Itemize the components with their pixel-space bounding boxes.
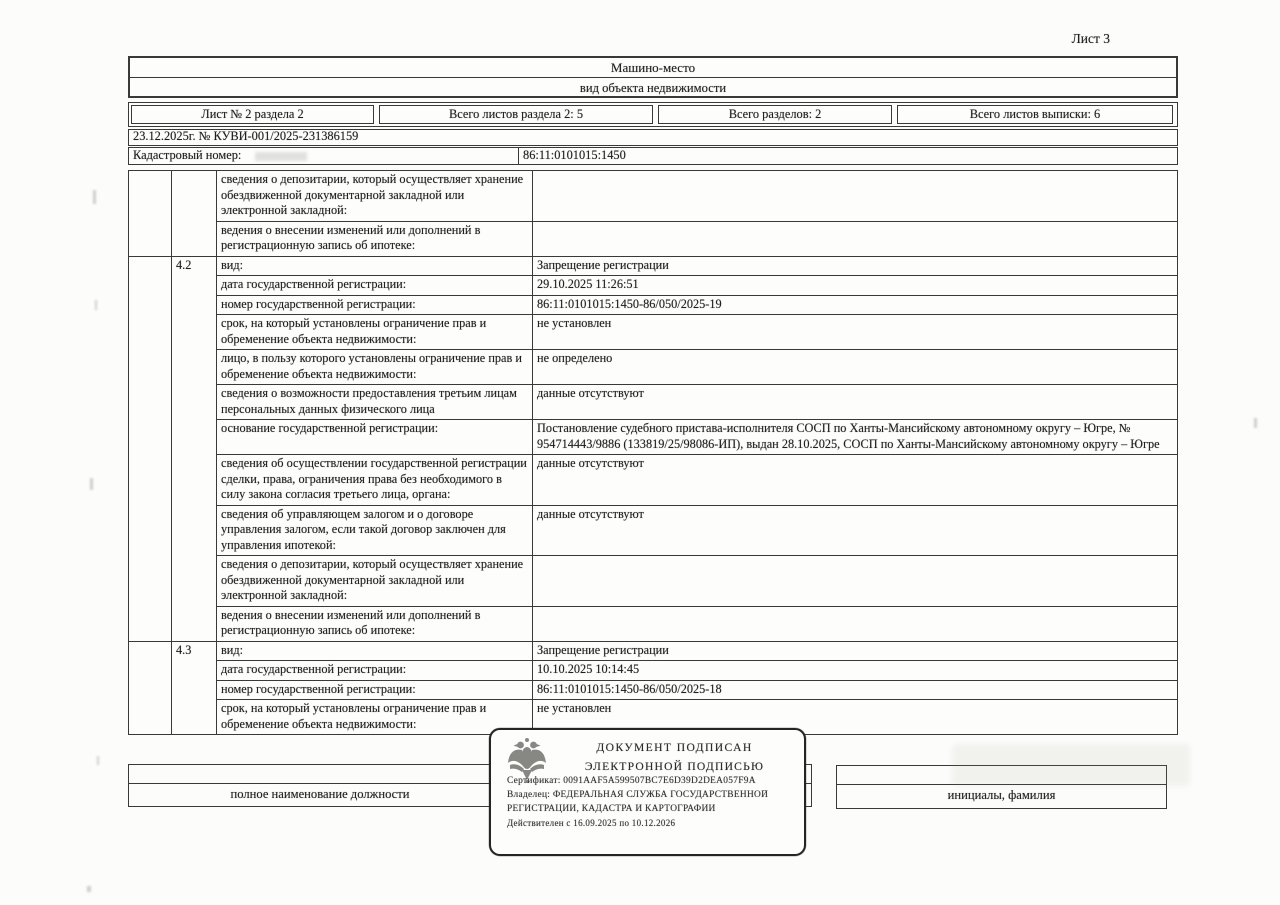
table-row: дата государственной регистрации:29.10.2…: [129, 276, 1178, 296]
scan-noise-speck: [97, 756, 99, 765]
field-label: лицо, в пользу которого установлены огра…: [217, 350, 533, 385]
cadastral-number-value: 86:11:0101015:1450: [519, 148, 1177, 164]
sheet-number-label: Лист 3: [950, 31, 1110, 47]
table-row: срок, на который установлены ограничение…: [129, 315, 1178, 350]
field-value: данные отсутствуют: [533, 385, 1178, 420]
extract-sheets-total-cell: Всего листов выписки: 6: [897, 105, 1173, 124]
table-row: 4.3вид:Запрещение регистрации: [129, 641, 1178, 661]
date-request-number-row: 23.12.2025г. № КУВИ-001/2025-231386159: [128, 129, 1178, 146]
sheet-info-strip: Лист № 2 раздела 2 Всего листов раздела …: [128, 102, 1178, 127]
field-label: сведения о возможности предоставления тр…: [217, 385, 533, 420]
field-value: 29.10.2025 11:26:51: [533, 276, 1178, 296]
field-label: сведения о депозитарии, который осуществ…: [217, 171, 533, 222]
scan-noise-speck: [93, 190, 96, 204]
field-value: [533, 556, 1178, 607]
section-sheets-total-cell: Всего листов раздела 2: 5: [379, 105, 653, 124]
field-label: срок, на который установлены ограничение…: [217, 700, 533, 735]
field-label: вид:: [217, 641, 533, 661]
table-row: сведения о депозитарии, который осуществ…: [129, 171, 1178, 222]
section-sheet-cell: Лист № 2 раздела 2: [131, 105, 374, 124]
object-type-caption: вид объекта недвижимости: [130, 78, 1176, 98]
field-value: Запрещение регистрации: [533, 641, 1178, 661]
table-row: 4.2вид:Запрещение регистрации: [129, 256, 1178, 276]
object-type-value: Машино-место: [130, 58, 1176, 78]
field-value: данные отсутствуют: [533, 505, 1178, 556]
row-group-margin-cell: [129, 256, 172, 641]
field-label: дата государственной регистрации:: [217, 276, 533, 296]
field-value: не определено: [533, 350, 1178, 385]
field-value: данные отсутствуют: [533, 455, 1178, 506]
document-page: Лист 3 Машино-место вид объекта недвижим…: [0, 0, 1280, 905]
stamp-owner-line1: Владелец: ФЕДЕРАЛЬНАЯ СЛУЖБА ГОСУДАРСТВЕ…: [507, 790, 798, 800]
row-group-number: [172, 171, 217, 257]
cadastral-label-text: Кадастровый номер:: [133, 148, 241, 162]
sections-total-cell: Всего разделов: 2: [658, 105, 892, 124]
field-value: [533, 606, 1178, 641]
table-row: дата государственной регистрации:10.10.2…: [129, 661, 1178, 681]
scan-noise-speck: [1254, 418, 1257, 428]
redacted-smudge: [255, 152, 307, 161]
row-group-margin-cell: [129, 641, 172, 735]
table-row: лицо, в пользу которого установлены огра…: [129, 350, 1178, 385]
table-row: номер государственной регистрации:86:11:…: [129, 680, 1178, 700]
field-value: 86:11:0101015:1450-86/050/2025-19: [533, 295, 1178, 315]
table-row: номер государственной регистрации:86:11:…: [129, 295, 1178, 315]
digital-signature-stamp: ДОКУМЕНТ ПОДПИСАН ЭЛЕКТРОННОЙ ПОДПИСЬЮ С…: [489, 728, 806, 856]
cadastral-number-row: Кадастровый номер: 86:11:0101015:1450: [128, 147, 1178, 165]
row-group-number: 4.2: [172, 256, 217, 641]
table-row: основание государственной регистрации:По…: [129, 420, 1178, 455]
field-label: номер государственной регистрации:: [217, 680, 533, 700]
field-label: дата государственной регистрации:: [217, 661, 533, 681]
stamp-owner-line2: РЕГИСТРАЦИИ, КАДАСТРА И КАРТОГРАФИИ: [507, 804, 798, 814]
field-label: вид:: [217, 256, 533, 276]
field-label: ведения о внесении изменений или дополне…: [217, 606, 533, 641]
field-label: сведения об управляющем залогом и о дого…: [217, 505, 533, 556]
table-row: сведения об управляющем залогом и о дого…: [129, 505, 1178, 556]
row-group-number: 4.3: [172, 641, 217, 735]
stamp-title-line1: ДОКУМЕНТ ПОДПИСАН: [553, 741, 796, 754]
stamp-title-line2: ЭЛЕКТРОННОЙ ПОДПИСЬЮ: [553, 760, 796, 773]
scan-watermark-ghost: [952, 744, 1190, 786]
cadastral-number-label: Кадастровый номер:: [129, 148, 519, 164]
field-label: номер государственной регистрации:: [217, 295, 533, 315]
signature-name-caption: инициалы, фамилия: [837, 785, 1166, 807]
field-value: 10.10.2025 10:14:45: [533, 661, 1178, 681]
stamp-validity: Действителен с 16.09.2025 по 10.12.2026: [507, 818, 798, 828]
row-group-margin-cell: [129, 171, 172, 257]
field-value: [533, 171, 1178, 222]
field-label: сведения об осуществлении государственно…: [217, 455, 533, 506]
field-label: ведения о внесении изменений или дополне…: [217, 221, 533, 256]
field-label: срок, на который установлены ограничение…: [217, 315, 533, 350]
field-label: основание государственной регистрации:: [217, 420, 533, 455]
field-value: 86:11:0101015:1450-86/050/2025-18: [533, 680, 1178, 700]
restrictions-table: сведения о депозитарии, который осуществ…: [128, 170, 1178, 735]
table-row: ведения о внесении изменений или дополне…: [129, 221, 1178, 256]
scan-noise-speck: [95, 300, 97, 310]
table-row: сведения об осуществлении государственно…: [129, 455, 1178, 506]
field-value: Запрещение регистрации: [533, 256, 1178, 276]
object-type-box: Машино-место вид объекта недвижимости: [128, 56, 1178, 98]
restrictions-table-body: сведения о депозитарии, который осуществ…: [129, 171, 1178, 735]
scan-noise-speck: [87, 886, 91, 892]
signature-position-caption: полное наименование должности: [129, 784, 511, 806]
scan-noise-speck: [90, 478, 93, 490]
table-row: сведения о депозитарии, который осуществ…: [129, 556, 1178, 607]
field-value: Постановление судебного пристава-исполни…: [533, 420, 1178, 455]
field-value: [533, 221, 1178, 256]
stamp-certificate: Сертификат: 0091AAF5A599507BC7E6D39D2DEA…: [507, 776, 798, 786]
table-row: сведения о возможности предоставления тр…: [129, 385, 1178, 420]
field-value: не установлен: [533, 315, 1178, 350]
field-label: сведения о депозитарии, который осуществ…: [217, 556, 533, 607]
table-row: ведения о внесении изменений или дополне…: [129, 606, 1178, 641]
